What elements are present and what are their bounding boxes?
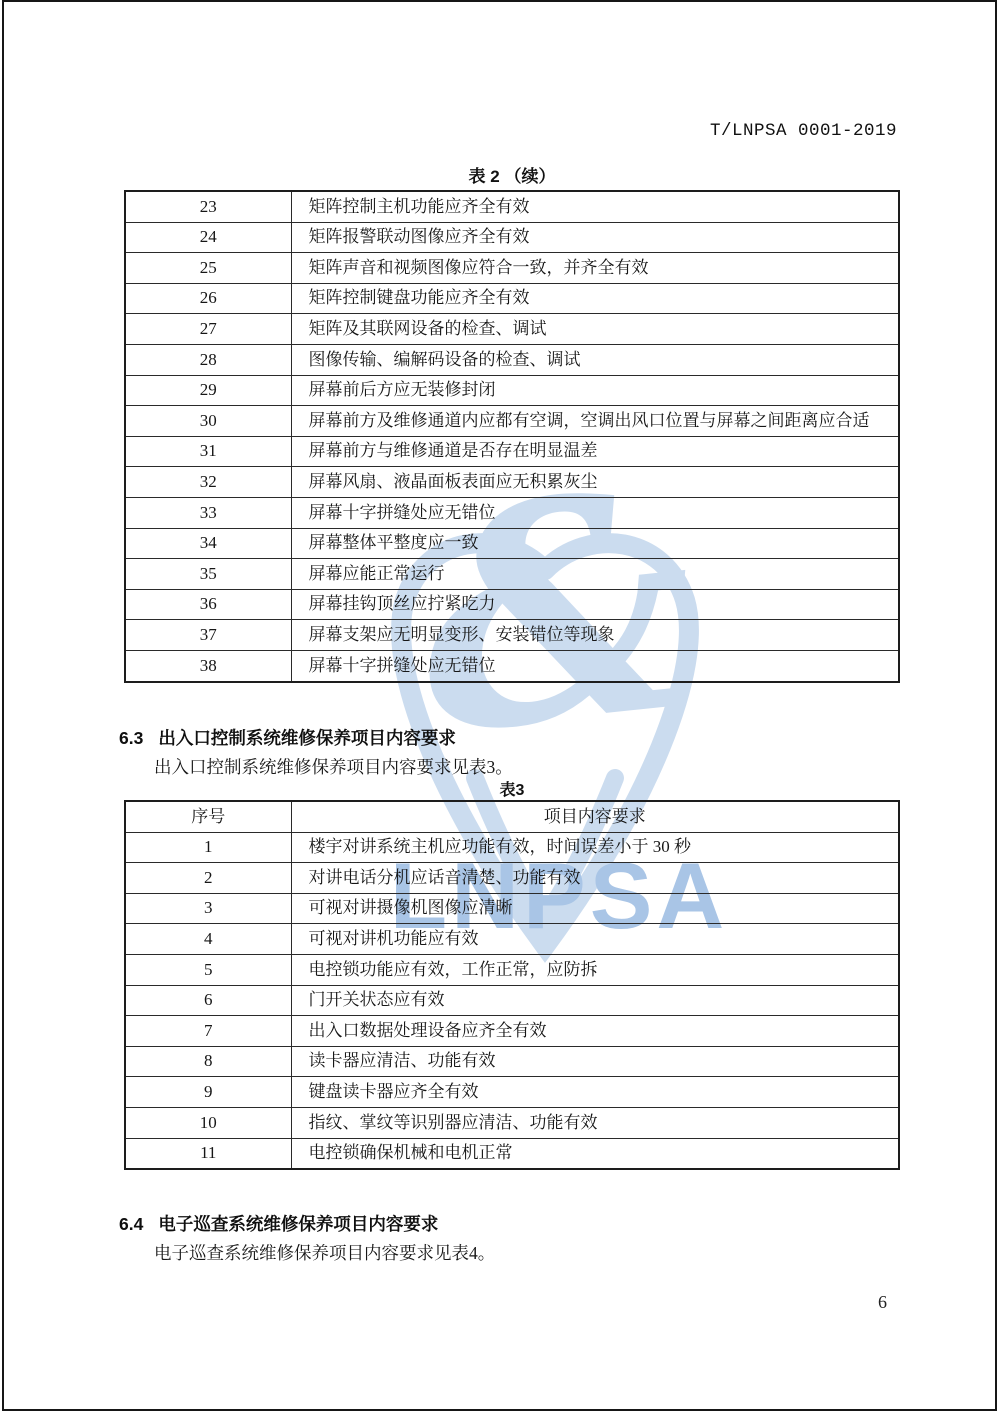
row-number: 23 <box>125 191 291 222</box>
row-requirement: 屏幕十字拼缝处应无错位 <box>291 497 899 528</box>
row-requirement: 屏幕前后方应无装修封闭 <box>291 375 899 406</box>
row-number: 9 <box>125 1077 291 1108</box>
standard-code: T/LNPSA 0001-2019 <box>710 121 897 141</box>
table3: 序号 项目内容要求 1楼宇对讲系统主机应功能有效，时间误差小于 30 秒2对讲电… <box>124 800 900 1170</box>
row-number: 28 <box>125 344 291 375</box>
row-requirement: 出入口数据处理设备应齐全有效 <box>291 1016 899 1047</box>
row-number: 32 <box>125 467 291 498</box>
table-row: 30屏幕前方及维修通道内应都有空调，空调出风口位置与屏幕之间距离应合适 <box>125 406 899 437</box>
table-row: 37屏幕支架应无明显变形、安装错位等现象 <box>125 620 899 651</box>
row-number: 11 <box>125 1138 291 1169</box>
row-number: 6 <box>125 985 291 1016</box>
row-requirement: 矩阵控制主机功能应齐全有效 <box>291 191 899 222</box>
row-requirement: 屏幕整体平整度应一致 <box>291 528 899 559</box>
row-requirement: 对讲电话分机应话音清楚、功能有效 <box>291 863 899 894</box>
table-row: 3可视对讲摄像机图像应清晰 <box>125 893 899 924</box>
row-number: 5 <box>125 954 291 985</box>
row-number: 27 <box>125 314 291 345</box>
table-row: 5电控锁功能应有效，工作正常，应防拆 <box>125 954 899 985</box>
table-row: 23矩阵控制主机功能应齐全有效 <box>125 191 899 222</box>
table-row: 9键盘读卡器应齐全有效 <box>125 1077 899 1108</box>
table-row: 31屏幕前方与维修通道是否存在明显温差 <box>125 436 899 467</box>
table2: 23矩阵控制主机功能应齐全有效24矩阵报警联动图像应齐全有效25矩阵声音和视频图… <box>124 190 900 683</box>
section-6-4-body: 电子巡查系统维修保养项目内容要求见表4。 <box>154 1240 495 1265</box>
row-number: 33 <box>125 497 291 528</box>
row-number: 24 <box>125 222 291 253</box>
row-requirement: 键盘读卡器应齐全有效 <box>291 1077 899 1108</box>
table3-header-row: 序号 项目内容要求 <box>125 801 899 832</box>
section-6-4-heading: 6.4电子巡查系统维修保养项目内容要求 <box>119 1211 438 1236</box>
row-number: 35 <box>125 559 291 590</box>
row-requirement: 读卡器应清洁、功能有效 <box>291 1046 899 1077</box>
row-number: 31 <box>125 436 291 467</box>
table-row: 11电控锁确保机械和电机正常 <box>125 1138 899 1169</box>
row-number: 30 <box>125 406 291 437</box>
row-number: 7 <box>125 1016 291 1047</box>
row-requirement: 矩阵控制键盘功能应齐全有效 <box>291 283 899 314</box>
table-row: 35屏幕应能正常运行 <box>125 559 899 590</box>
table3-header-req: 项目内容要求 <box>291 801 899 832</box>
row-requirement: 图像传输、编解码设备的检查、调试 <box>291 344 899 375</box>
row-requirement: 矩阵声音和视频图像应符合一致，并齐全有效 <box>291 253 899 284</box>
row-requirement: 屏幕支架应无明显变形、安装错位等现象 <box>291 620 899 651</box>
row-requirement: 可视对讲摄像机图像应清晰 <box>291 893 899 924</box>
row-requirement: 屏幕风扇、液晶面板表面应无积累灰尘 <box>291 467 899 498</box>
table3-header-no: 序号 <box>125 801 291 832</box>
row-number: 25 <box>125 253 291 284</box>
table-row: 4可视对讲机功能应有效 <box>125 924 899 955</box>
row-number: 36 <box>125 589 291 620</box>
row-requirement: 矩阵及其联网设备的检查、调试 <box>291 314 899 345</box>
row-number: 37 <box>125 620 291 651</box>
table-row: 29屏幕前后方应无装修封闭 <box>125 375 899 406</box>
table-row: 36屏幕挂钩顶丝应拧紧吃力 <box>125 589 899 620</box>
row-requirement: 屏幕应能正常运行 <box>291 559 899 590</box>
row-requirement: 可视对讲机功能应有效 <box>291 924 899 955</box>
row-requirement: 电控锁确保机械和电机正常 <box>291 1138 899 1169</box>
section-6-3-body: 出入口控制系统维修保养项目内容要求见表3。 <box>154 754 513 779</box>
table-row: 26矩阵控制键盘功能应齐全有效 <box>125 283 899 314</box>
row-requirement: 指纹、掌纹等识别器应清洁、功能有效 <box>291 1107 899 1138</box>
row-requirement: 屏幕挂钩顶丝应拧紧吃力 <box>291 589 899 620</box>
table-row: 25矩阵声音和视频图像应符合一致，并齐全有效 <box>125 253 899 284</box>
row-requirement: 屏幕十字拼缝处应无错位 <box>291 650 899 681</box>
row-number: 4 <box>125 924 291 955</box>
row-requirement: 楼宇对讲系统主机应功能有效，时间误差小于 30 秒 <box>291 832 899 863</box>
table3-title: 表3 <box>124 777 900 800</box>
table-row: 10指纹、掌纹等识别器应清洁、功能有效 <box>125 1107 899 1138</box>
section-title: 电子巡查系统维修保养项目内容要求 <box>158 1214 438 1234</box>
table-row: 34屏幕整体平整度应一致 <box>125 528 899 559</box>
row-number: 8 <box>125 1046 291 1077</box>
table-row: 6门开关状态应有效 <box>125 985 899 1016</box>
document-page: & LNPSA T/LNPSA 0001-2019 表 2 （续） 23矩阵控制… <box>0 0 1000 1414</box>
row-number: 3 <box>125 893 291 924</box>
row-number: 10 <box>125 1107 291 1138</box>
table-row: 38屏幕十字拼缝处应无错位 <box>125 650 899 681</box>
section-number: 6.3 <box>119 728 143 748</box>
row-requirement: 门开关状态应有效 <box>291 985 899 1016</box>
row-number: 38 <box>125 650 291 681</box>
row-requirement: 电控锁功能应有效，工作正常，应防拆 <box>291 954 899 985</box>
table-row: 33屏幕十字拼缝处应无错位 <box>125 497 899 528</box>
row-number: 26 <box>125 283 291 314</box>
table-row: 28图像传输、编解码设备的检查、调试 <box>125 344 899 375</box>
table-row: 8读卡器应清洁、功能有效 <box>125 1046 899 1077</box>
table-row: 1楼宇对讲系统主机应功能有效，时间误差小于 30 秒 <box>125 832 899 863</box>
row-requirement: 屏幕前方与维修通道是否存在明显温差 <box>291 436 899 467</box>
row-number: 29 <box>125 375 291 406</box>
table-row: 2对讲电话分机应话音清楚、功能有效 <box>125 863 899 894</box>
row-requirement: 矩阵报警联动图像应齐全有效 <box>291 222 899 253</box>
table-row: 27矩阵及其联网设备的检查、调试 <box>125 314 899 345</box>
section-6-3-heading: 6.3出入口控制系统维修保养项目内容要求 <box>119 725 456 750</box>
table2-title: 表 2 （续） <box>124 162 900 187</box>
page-number: 6 <box>878 1292 887 1313</box>
table-row: 24矩阵报警联动图像应齐全有效 <box>125 222 899 253</box>
table-row: 32屏幕风扇、液晶面板表面应无积累灰尘 <box>125 467 899 498</box>
row-requirement: 屏幕前方及维修通道内应都有空调，空调出风口位置与屏幕之间距离应合适 <box>291 406 899 437</box>
row-number: 2 <box>125 863 291 894</box>
table-row: 7出入口数据处理设备应齐全有效 <box>125 1016 899 1047</box>
section-title: 出入口控制系统维修保养项目内容要求 <box>158 728 456 748</box>
section-number: 6.4 <box>119 1214 143 1234</box>
row-number: 1 <box>125 832 291 863</box>
row-number: 34 <box>125 528 291 559</box>
